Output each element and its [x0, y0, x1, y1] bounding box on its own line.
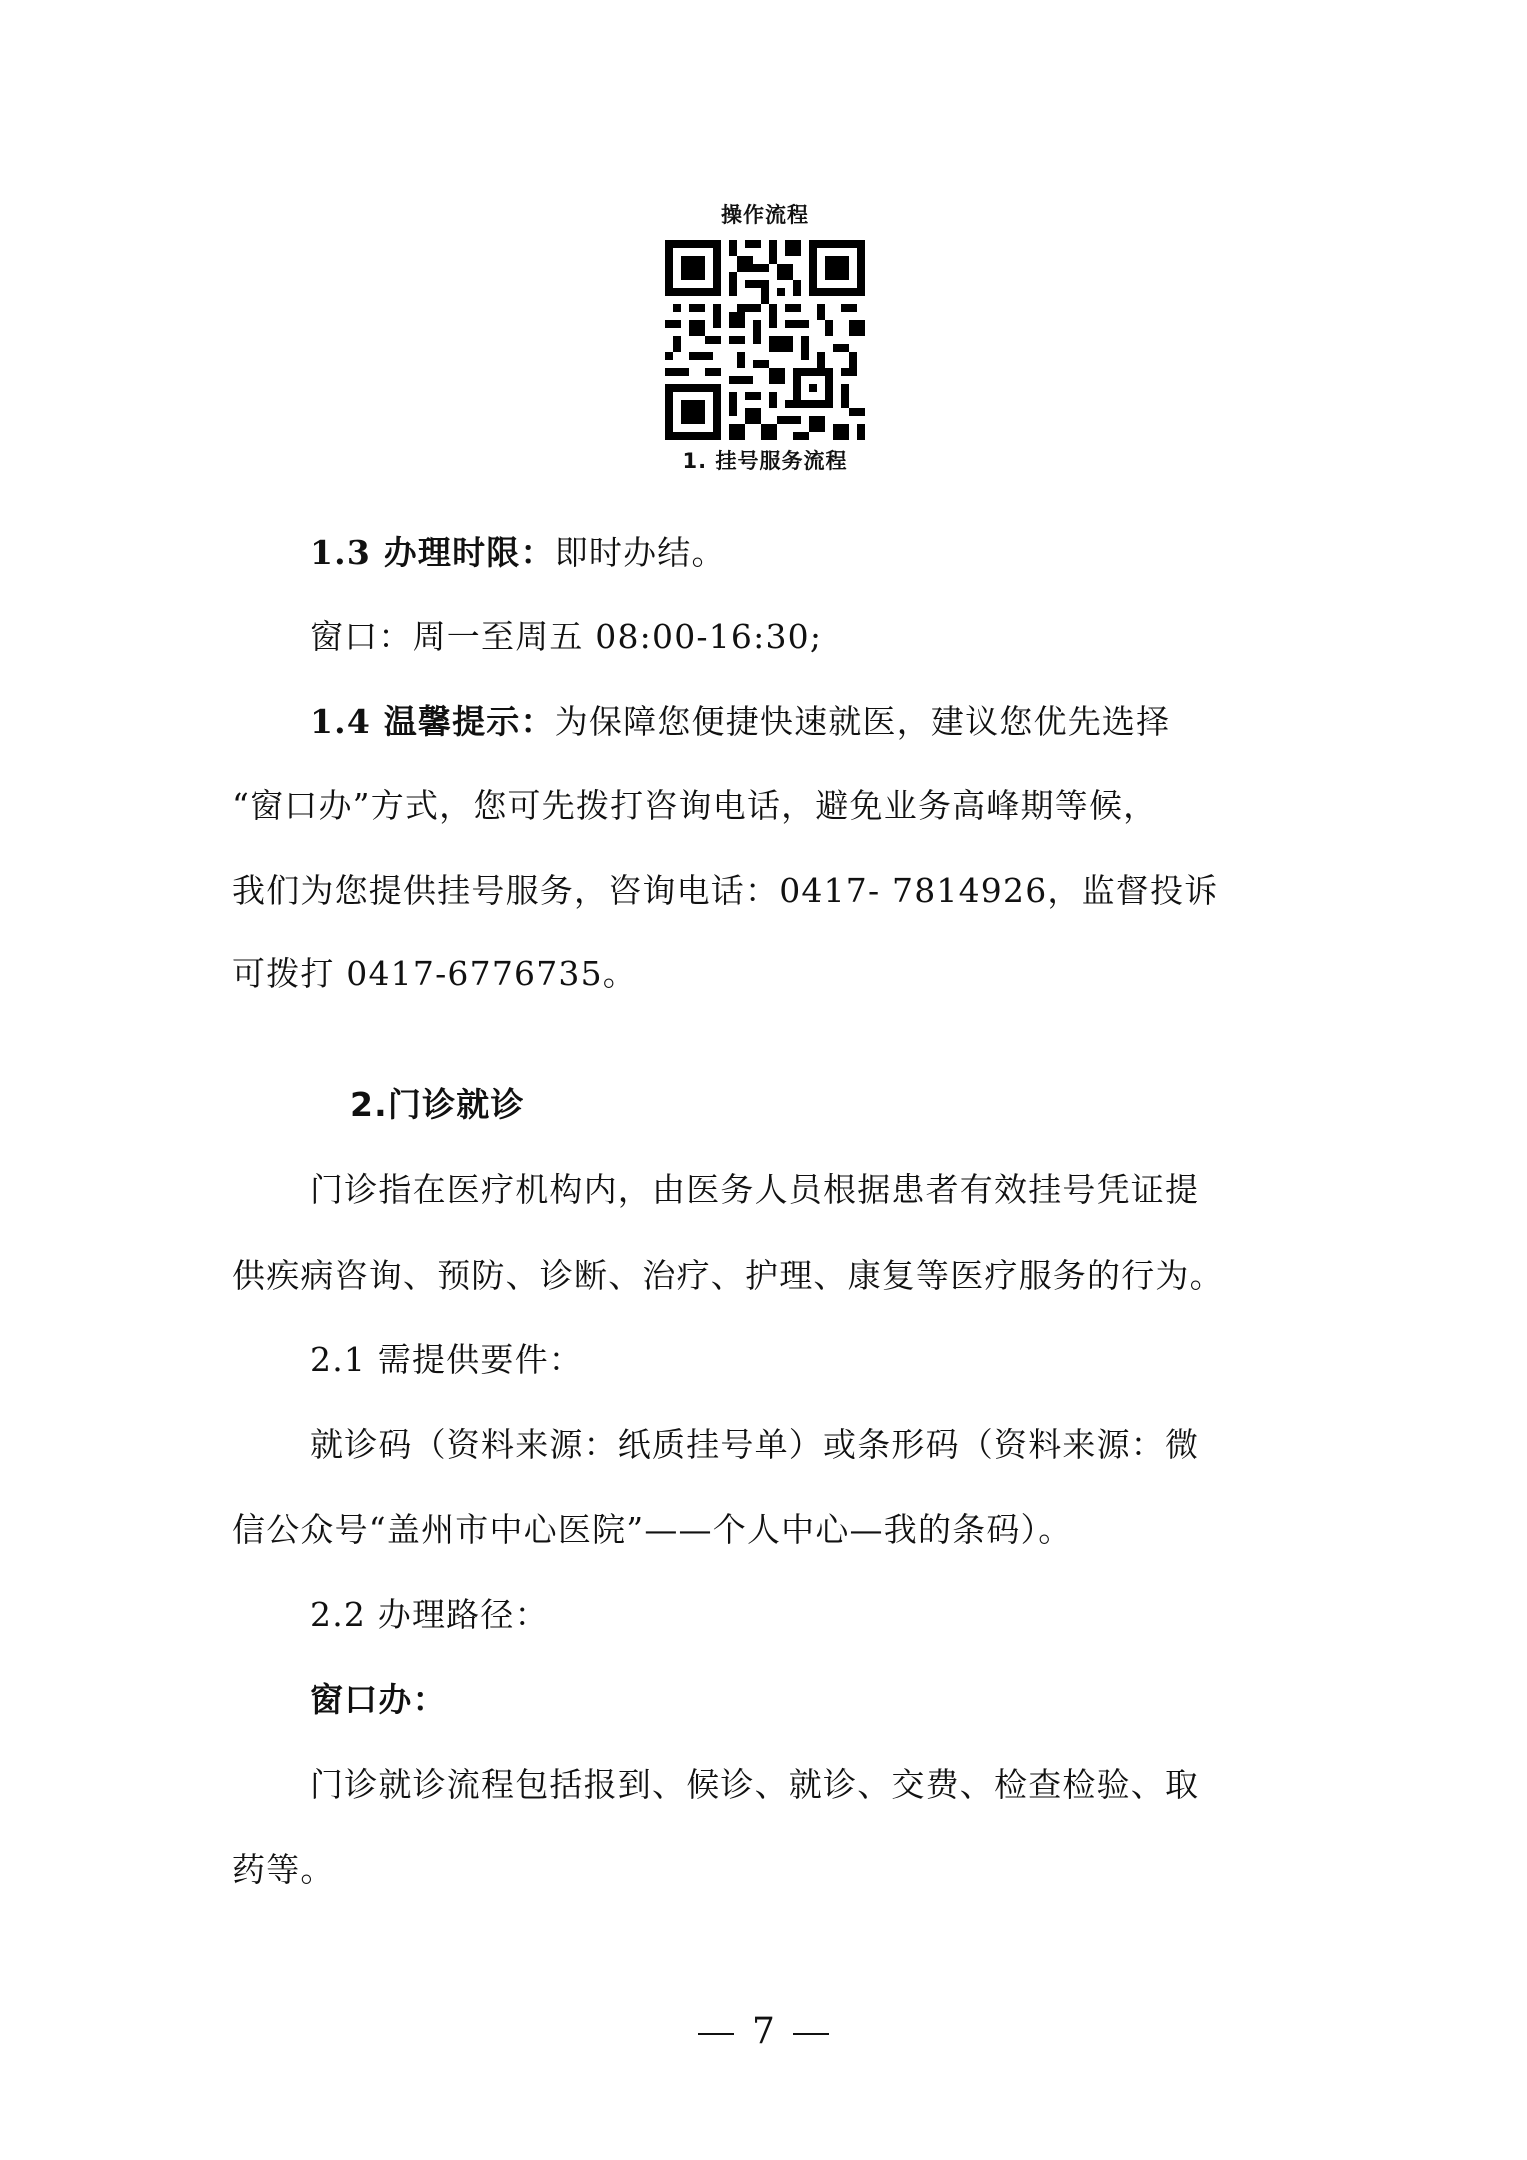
p22-lead: 2.2 办理路径： [310, 1593, 1385, 1637]
p22-sub: 窗口办： [310, 1678, 1385, 1722]
p21-lead: 2.1 需提供要件： [310, 1338, 1385, 1382]
page-number-value: 7 [752, 2011, 775, 2052]
p21-line-1: 就诊码（资料来源：纸质挂号单）或条形码（资料来源：微 [310, 1423, 1385, 1467]
p14-text-1: 为保障您便捷快速就医，建议您优先选择 [555, 702, 1171, 741]
p14-line-1: 1.4 温馨提示：为保障您便捷快速就医，建议您优先选择 [310, 700, 1385, 744]
qr-code-icon [665, 240, 865, 440]
qr-code-block: 操作流程 1. 挂号服务流程 [600, 200, 930, 476]
p22-line-1: 门诊就诊流程包括报到、候诊、就诊、交费、检查检验、取 [310, 1763, 1385, 1807]
dash-right [793, 2033, 829, 2035]
dash-left [698, 2033, 734, 2035]
p14-lead: 1.4 温馨提示： [310, 702, 555, 741]
p14-line-4: 可拨打 0417-6776735。 [232, 952, 1307, 996]
p14-line-3: 我们为您提供挂号服务，咨询电话：0417- 7814926，监督投诉 [232, 869, 1307, 913]
intro-line-1: 门诊指在医疗机构内，由医务人员根据患者有效挂号凭证提 [310, 1168, 1385, 1212]
section2-heading: 2.门诊就诊 [350, 1083, 1425, 1127]
p21-line-2: 信公众号“盖州市中心医院”——个人中心—我的条码）。 [232, 1508, 1307, 1552]
qr-title: 操作流程 [600, 200, 930, 230]
qr-caption: 1. 挂号服务流程 [600, 446, 930, 476]
window-hours: 窗口：周一至周五 08:00-16:30; [310, 615, 1385, 659]
p14-line-2: “窗口办”方式，您可先拨打咨询电话，避免业务高峰期等候， [232, 784, 1307, 828]
p13-text: 即时办结。 [555, 533, 726, 572]
p13-lead: 1.3 办理时限： [310, 533, 555, 572]
p22-line-2: 药等。 [232, 1848, 1307, 1892]
p13-line: 1.3 办理时限：即时办结。 [310, 531, 1385, 575]
page-number: 7 [0, 2010, 1527, 2054]
intro-line-2: 供疾病咨询、预防、诊断、治疗、护理、康复等医疗服务的行为。 [232, 1254, 1307, 1298]
